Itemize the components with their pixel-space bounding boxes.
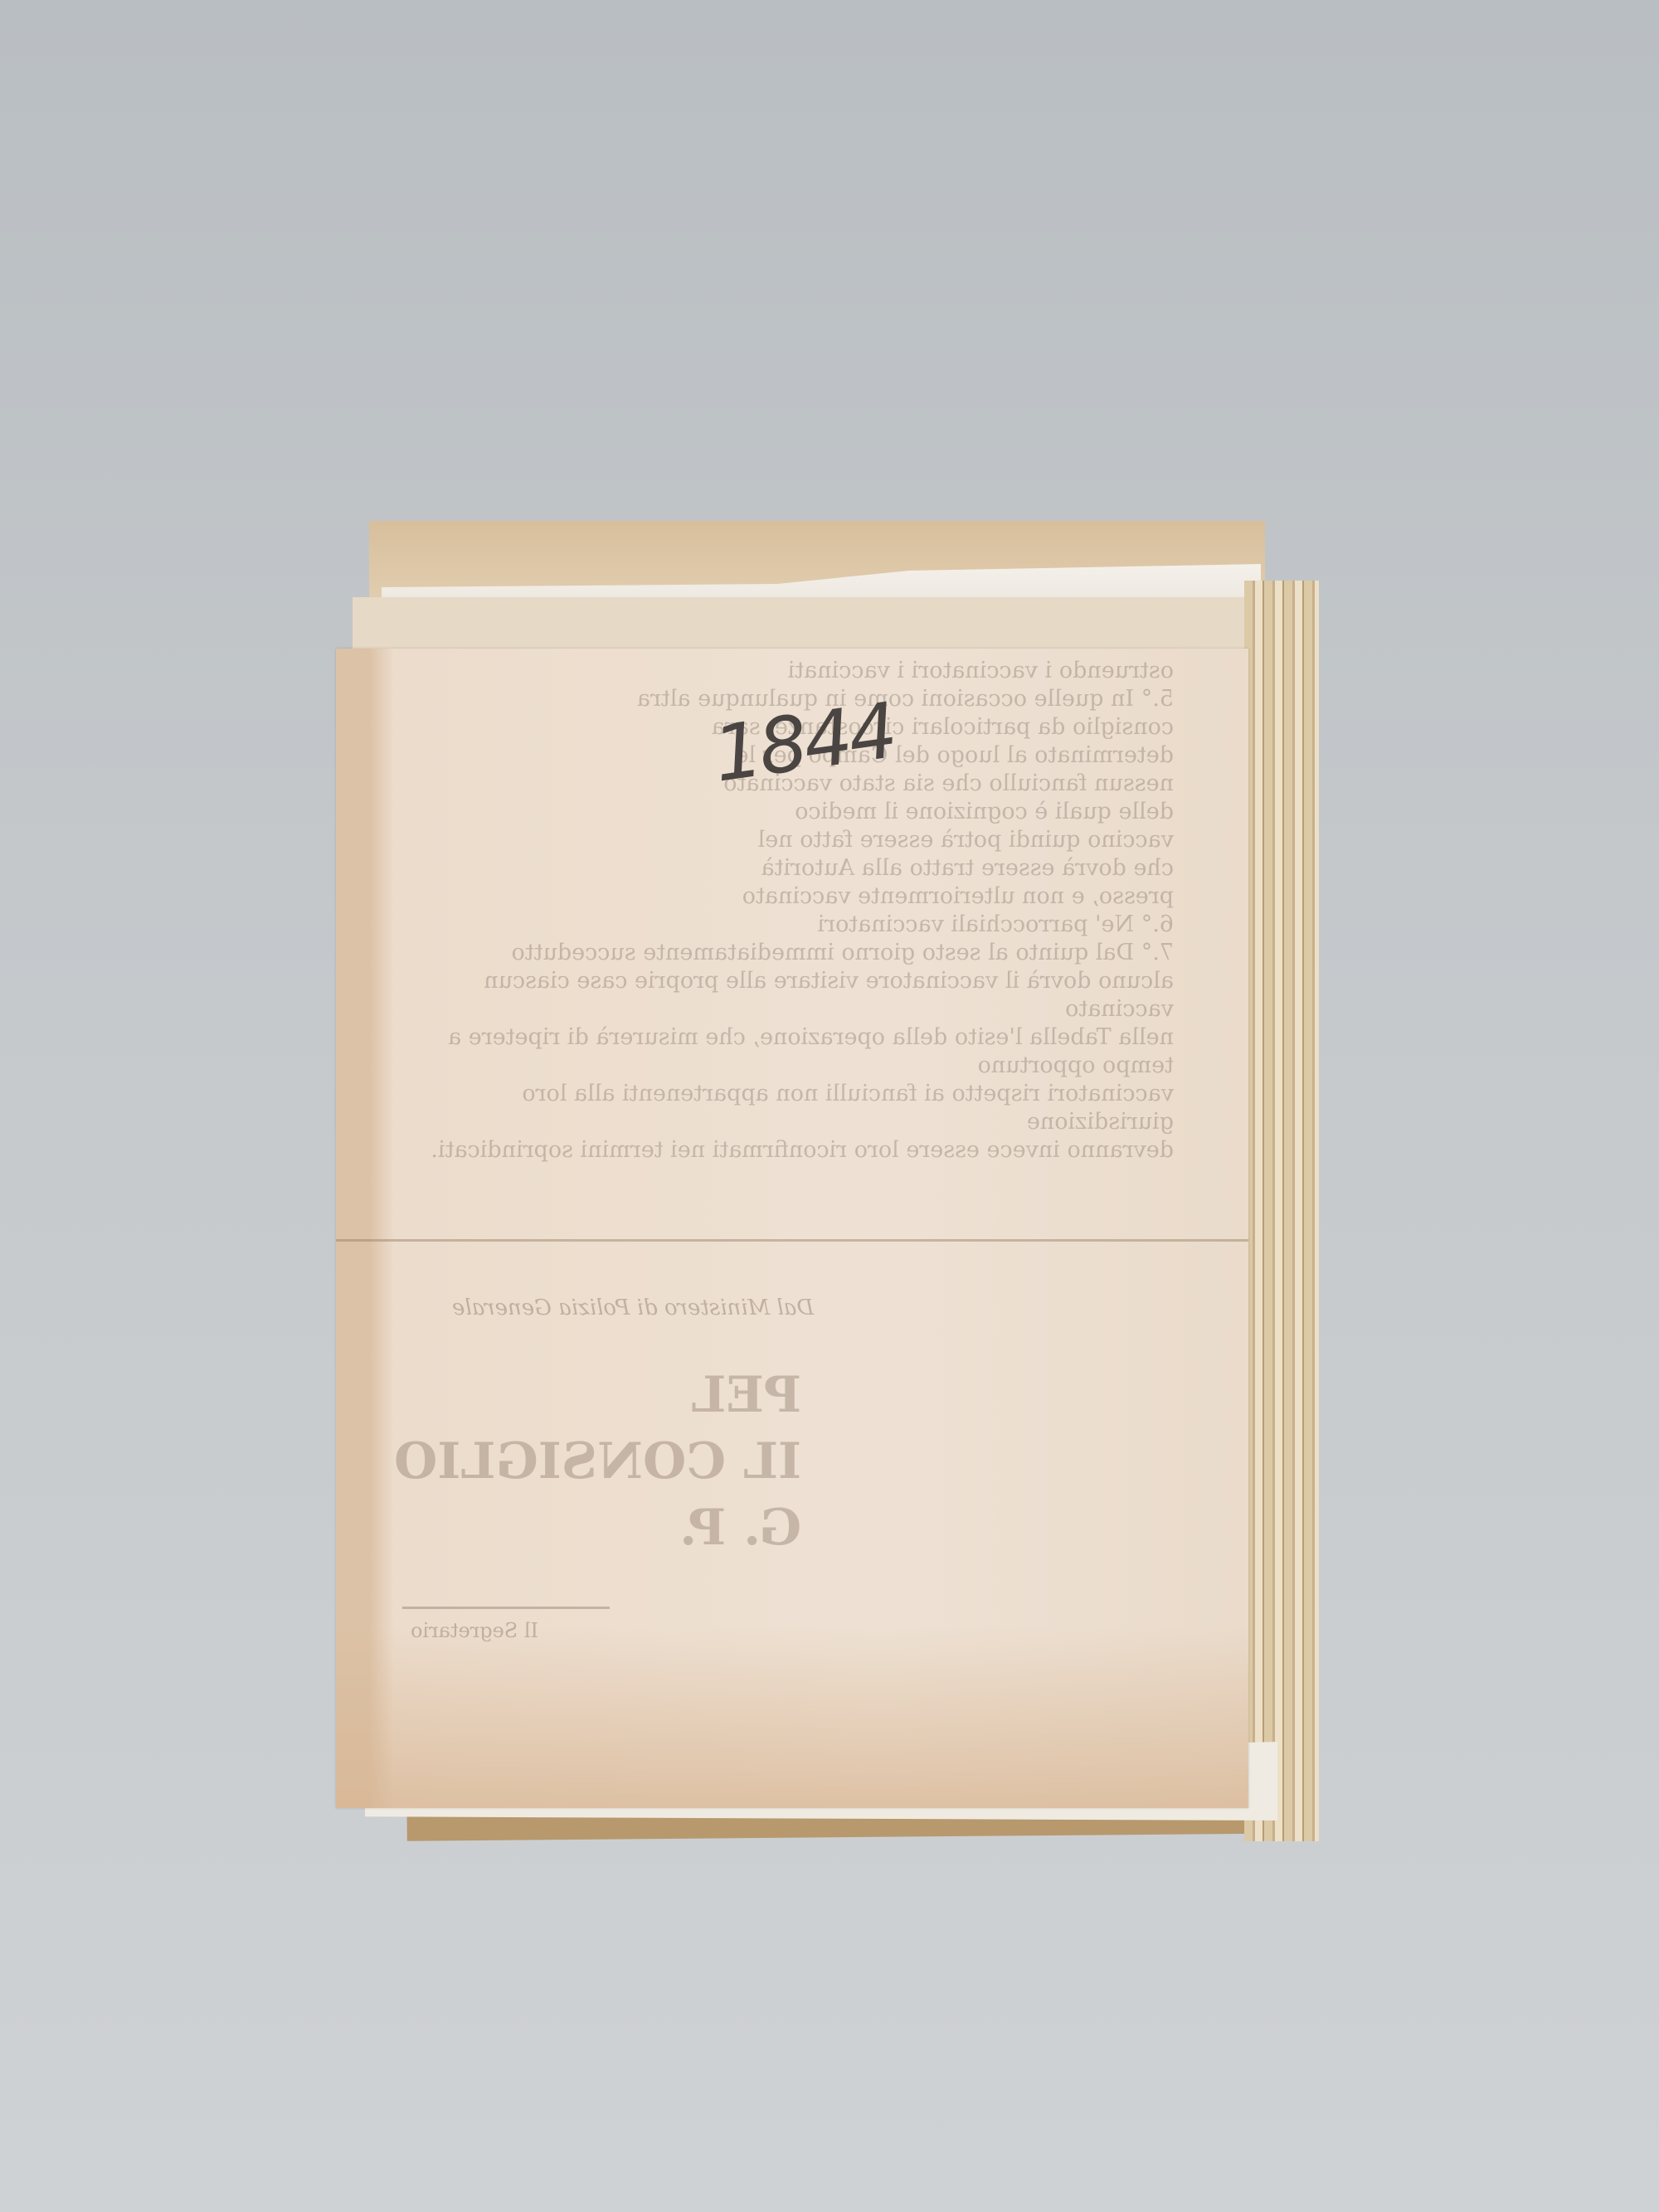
front-document-page: ostruendo i vaccinatori i vaccinati 5.° … [336,649,1248,1808]
stacked-page-edges [1244,581,1319,1841]
imprint-line: Dal Ministero di Polizia Generale [452,1296,814,1320]
imprint-rule [402,1607,610,1609]
imprint-title: PEL IL CONSIGLIO G. P. [394,1362,801,1561]
horizontal-fold-crease [336,1239,1248,1242]
stain-tint [336,1626,1248,1808]
